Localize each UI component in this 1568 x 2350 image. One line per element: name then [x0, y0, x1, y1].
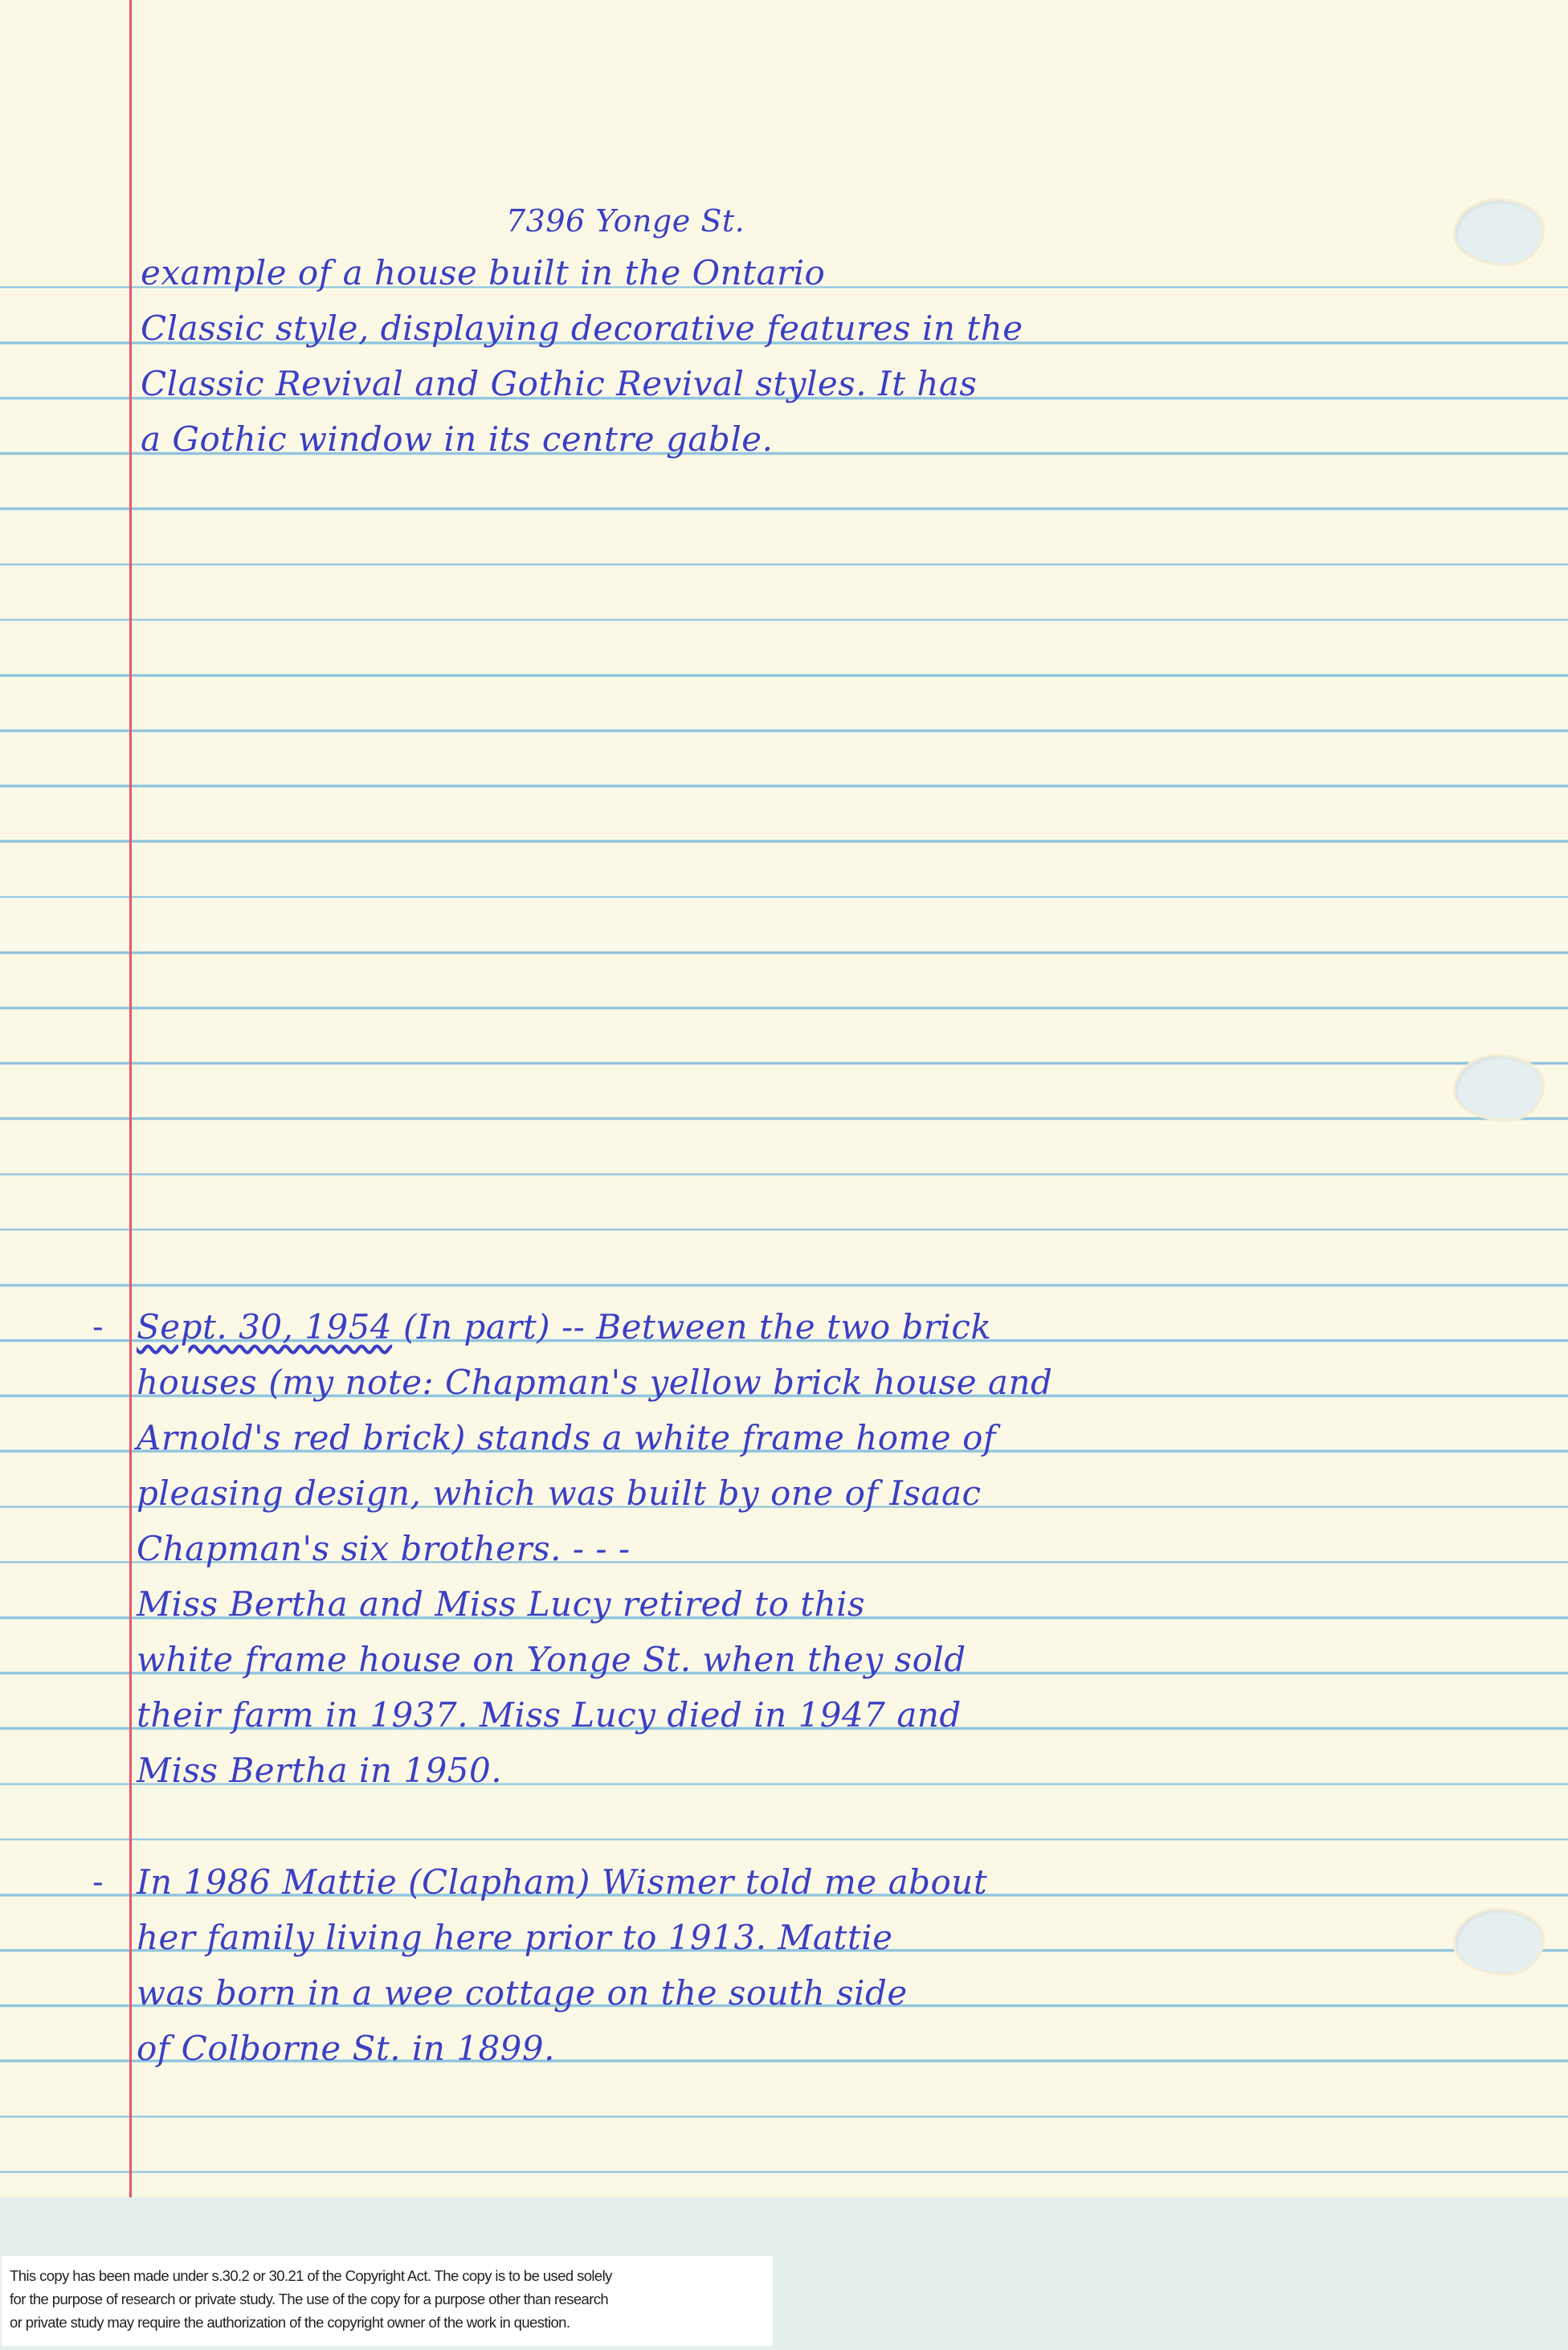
entry-bullet: - — [92, 1858, 104, 1907]
punch-hole-icon — [1456, 201, 1542, 264]
entry-bullet: - — [92, 1303, 104, 1351]
entry-line: In 1986 Mattie (Clapham) Wismer told me … — [137, 1858, 987, 1907]
entry-line: of Colborne St. in 1899. — [137, 2025, 555, 2073]
address-heading: 7396 Yonge St. — [506, 197, 745, 245]
punch-hole-icon — [1456, 1911, 1542, 1973]
notice-line: for the purpose of research or private s… — [10, 2287, 773, 2311]
entry-line: Chapman's six brothers. - - - — [137, 1525, 631, 1573]
lined-paper-sheet: 7396 Yonge St. example of a house built … — [0, 0, 1568, 2197]
entry-text: (In part) -- Between the two brick — [392, 1307, 991, 1347]
entry-line: was born in a wee cottage on the south s… — [137, 1969, 908, 2017]
entry-line: houses (my note: Chapman's yellow brick … — [137, 1359, 1052, 1407]
entry-line: pleasing design, which was built by one … — [137, 1469, 982, 1518]
entry-line: Miss Bertha and Miss Lucy retired to thi… — [137, 1580, 865, 1629]
punch-hole-icon — [1456, 1056, 1542, 1119]
copyright-notice: This copy has been made under s.30.2 or … — [2, 2256, 773, 2346]
notice-line: This copy has been made under s.30.2 or … — [10, 2264, 773, 2287]
entry-line: white frame house on Yonge St. when they… — [137, 1636, 966, 1684]
paragraph-line: example of a house built in the Ontario — [141, 249, 825, 297]
red-margin-line — [129, 0, 132, 2197]
entry-line: her family living here prior to 1913. Ma… — [137, 1914, 893, 1962]
paragraph-line: Classic style, displaying decorative fea… — [141, 304, 1023, 353]
entry-line: their farm in 1937. Miss Lucy died in 19… — [137, 1691, 962, 1739]
entry-line: Miss Bertha in 1950. — [137, 1747, 502, 1795]
entry-date-line: Sept. 30, 1954 (In part) -- Between the … — [137, 1303, 991, 1351]
copyright-notice-text: This copy has been made under s.30.2 or … — [10, 2264, 773, 2334]
entry-line: Arnold's red brick) stands a white frame… — [137, 1414, 996, 1462]
notice-line: or private study may require the authori… — [10, 2311, 773, 2334]
paragraph-line: a Gothic window in its centre gable. — [141, 415, 773, 464]
entry-date: Sept. 30, 1954 — [137, 1307, 392, 1347]
paragraph-line: Classic Revival and Gothic Revival style… — [141, 360, 977, 408]
